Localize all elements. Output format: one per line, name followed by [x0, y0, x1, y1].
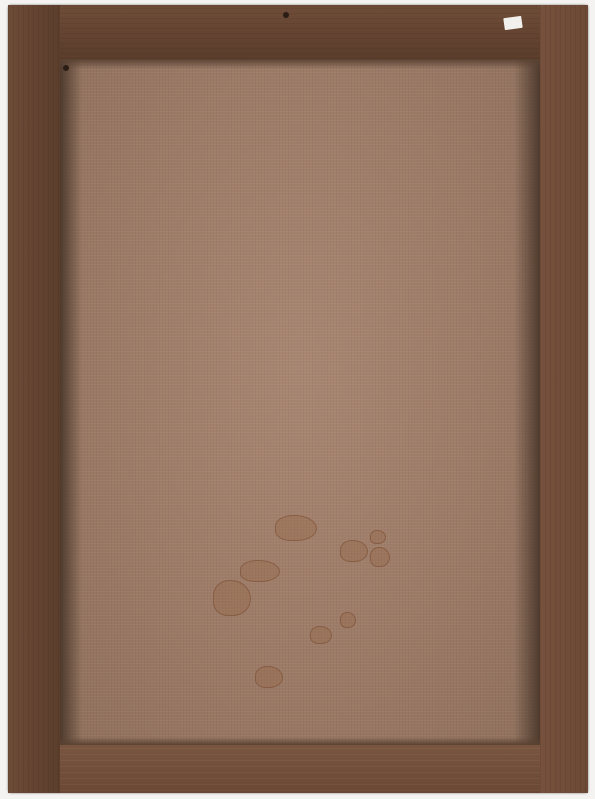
stain-mark — [275, 515, 317, 541]
inner-bar-shadow-bottom — [60, 737, 540, 745]
canvas-reverse — [60, 59, 540, 745]
stretcher-bar-left — [8, 5, 60, 793]
stain-mark — [255, 666, 283, 688]
stretcher-frame — [8, 5, 588, 793]
stain-mark — [340, 612, 356, 628]
stretcher-bar-right — [540, 5, 588, 793]
inner-bar-shadow-top — [60, 59, 540, 69]
nail-hole — [283, 12, 289, 18]
stain-mark — [340, 540, 368, 562]
stain-mark — [213, 580, 251, 616]
stretcher-bar-top — [60, 7, 540, 59]
stain-mark — [240, 560, 280, 582]
stretcher-bar-bottom — [60, 743, 540, 791]
stain-mark — [370, 530, 386, 544]
nail-hole — [63, 65, 69, 71]
stain-mark — [370, 547, 390, 567]
inner-bar-shadow-right — [514, 59, 540, 745]
inventory-label — [503, 16, 522, 30]
stain-mark — [310, 626, 332, 644]
inner-bar-shadow-left — [60, 59, 82, 745]
